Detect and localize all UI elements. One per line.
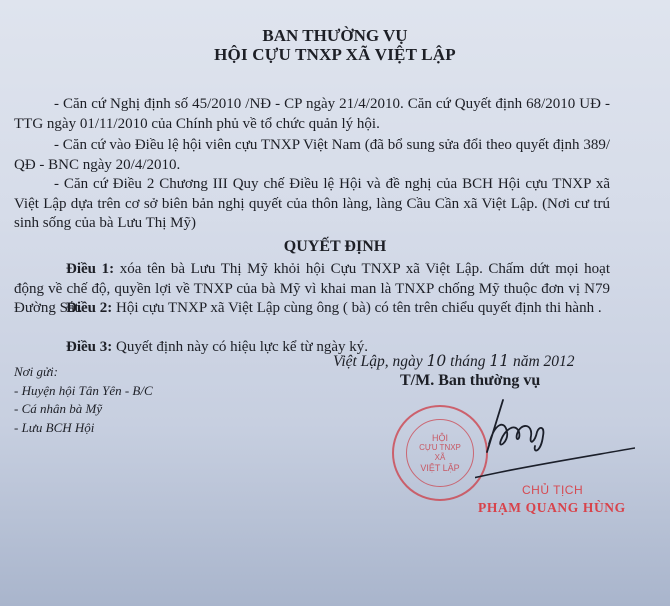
position-stamp: CHỦ TỊCH (522, 483, 583, 497)
official-seal-icon: HỘI CỰU TNXP XÃ VIỆT LẬP (392, 405, 488, 501)
org-header-line1: BAN THƯỜNG VỤ (0, 26, 670, 46)
org-header-line2: HỘI CỰU TNXP XÃ VIỆT LẬP (0, 45, 670, 65)
recipient-item: - Lưu BCH Hội (14, 419, 153, 438)
preamble-2: - Căn cứ vào Điều lệ hội viên cựu TNXP V… (14, 136, 610, 175)
recipients-title: Nơi gửi: (14, 363, 153, 382)
recipient-item: - Cá nhân bà Mỹ (14, 400, 153, 419)
decision-title: QUYẾT ĐỊNH (0, 238, 670, 256)
handwritten-month: 11 (489, 352, 509, 370)
handwritten-day: 10 (427, 352, 447, 370)
preamble-1: - Căn cứ Nghị định số 45/2010 /NĐ - CP n… (14, 95, 610, 134)
place-date: Việt Lập, ngày 10 tháng 11 năm 2012 (333, 352, 575, 371)
recipients-list: Nơi gửi: - Huyện hội Tân Yên - B/C - Cá … (14, 363, 153, 437)
document-page: BAN THƯỜNG VỤ HỘI CỰU TNXP XÃ VIỆT LẬP -… (0, 0, 670, 606)
on-behalf-label: T/M. Ban thường vụ (400, 372, 540, 390)
article-2: Điều 2: Hội cựu TNXP xã Việt Lập cùng ôn… (14, 299, 610, 319)
handwritten-signature-icon (475, 392, 635, 482)
recipient-item: - Huyện hội Tân Yên - B/C (14, 382, 153, 401)
signer-name-stamp: PHẠM QUANG HÙNG (478, 500, 626, 516)
preamble-3: - Căn cứ Điều 2 Chương III Quy chế Điều … (14, 175, 610, 234)
